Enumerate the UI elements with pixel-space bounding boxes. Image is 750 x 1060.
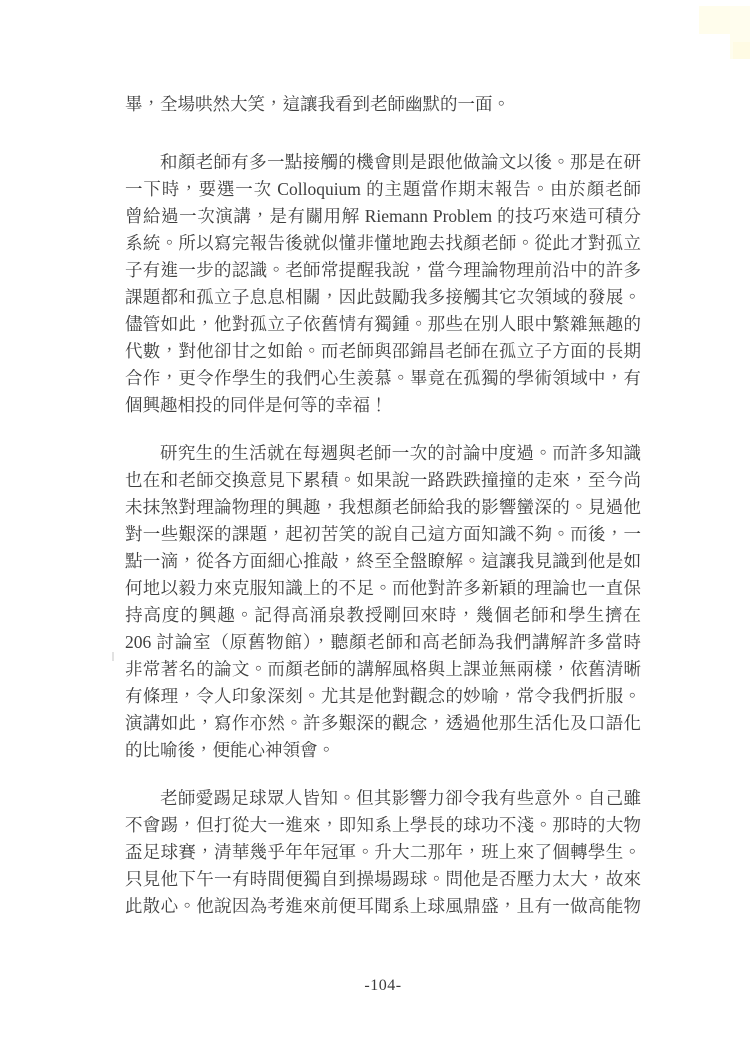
text-line: 只見他下午一有時間便獨自到操場踢球。問他是否壓力太大，故來	[125, 866, 641, 893]
document-body: 畢，全場哄然大笑，這讓我看到老師幽默的一面。和顏老師有多一點接觸的機會則是跟他做…	[125, 91, 641, 920]
document-page: 畢，全場哄然大笑，這讓我看到老師幽默的一面。和顏老師有多一點接觸的機會則是跟他做…	[0, 0, 750, 1060]
text-line: 畢，全場哄然大笑，這讓我看到老師幽默的一面。	[125, 91, 641, 118]
text-line: 何地以毅力來克服知識上的不足。而他對許多新穎的理論也一直保	[125, 575, 641, 602]
page-number: -104-	[125, 977, 641, 995]
paragraph: 和顏老師有多一點接觸的機會則是跟他做論文以後。那是在研一下時，要選一次 Coll…	[125, 149, 641, 419]
paragraph: 老師愛踢足球眾人皆知。但其影響力卻令我有些意外。自己雖不會踢，但打從大一進來，即…	[125, 785, 641, 920]
text-line: 合作，更令作學生的我們心生羨慕。畢竟在孤獨的學術領域中，有	[125, 365, 641, 392]
paragraph: 畢，全場哄然大笑，這讓我看到老師幽默的一面。	[125, 91, 641, 118]
text-line: 系統。所以寫完報告後就似懂非懂地跑去找顏老師。從此才對孤立	[125, 230, 641, 257]
text-line: 206 討論室（原舊物館），聽顏老師和高老師為我們講解許多當時	[125, 629, 641, 656]
scan-discoloration	[733, 42, 750, 59]
text-line: 不會踢，但打從大一進來，即知系上學長的球功不淺。那時的大物	[125, 812, 641, 839]
text-line: 一下時，要選一次 Colloquium 的主題當作期末報告。由於顏老師	[125, 176, 641, 203]
scan-speck	[112, 652, 114, 661]
text-line: 持高度的興趣。記得高涌泉教授剛回來時，幾個老師和學生擠在	[125, 602, 641, 629]
text-line: 子有進一步的認識。老師常提醒我說，當今理論物理前沿中的許多	[125, 257, 641, 284]
scan-discoloration	[730, 6, 750, 59]
text-line: 老師愛踢足球眾人皆知。但其影響力卻令我有些意外。自己雖	[125, 785, 641, 812]
text-line: 的比喻後，便能心神領會。	[125, 737, 641, 764]
text-line: 代數，對他卻甘之如飴。而老師與邵錦昌老師在孤立子方面的長期	[125, 338, 641, 365]
text-line: 也在和老師交換意見下累積。如果說一路跌跌撞撞的走來，至今尚	[125, 467, 641, 494]
text-line: 盃足球賽，清華幾乎年年冠軍。升大二那年，班上來了個轉學生。	[125, 839, 641, 866]
text-line: 此散心。他說因為考進來前便耳聞系上球風鼎盛，且有一做高能物	[125, 893, 641, 920]
text-line: 和顏老師有多一點接觸的機會則是跟他做論文以後。那是在研	[125, 149, 641, 176]
text-line: 非常著名的論文。而顏老師的講解風格與上課並無兩樣，依舊清晰	[125, 656, 641, 683]
text-line: 曾給過一次演講，是有關用解 Riemann Problem 的技巧來造可積分	[125, 203, 641, 230]
text-line: 有條理，令人印象深刻。尤其是他對觀念的妙喻，常令我們折服。	[125, 683, 641, 710]
text-line: 個興趣相投的同伴是何等的幸福！	[125, 392, 641, 419]
paragraph: 研究生的生活就在每週與老師一次的討論中度過。而許多知識也在和老師交換意見下累積。…	[125, 440, 641, 764]
scan-discoloration	[699, 6, 745, 34]
text-line: 儘管如此，他對孤立子依舊情有獨鍾。那些在別人眼中繁雜無趣的	[125, 311, 641, 338]
text-line: 研究生的生活就在每週與老師一次的討論中度過。而許多知識	[125, 440, 641, 467]
text-line: 點一滴，從各方面細心推敲，終至全盤瞭解。這讓我見識到他是如	[125, 548, 641, 575]
text-line: 對一些艱深的課題，起初苦笑的說自己這方面知識不夠。而後，一	[125, 521, 641, 548]
text-line: 演講如此，寫作亦然。許多艱深的觀念，透過他那生活化及口語化	[125, 710, 641, 737]
text-line: 未抹煞對理論物理的興趣，我想顏老師給我的影響蠻深的。見過他	[125, 494, 641, 521]
text-line: 課題都和孤立子息息相關，因此鼓勵我多接觸其它次領域的發展。	[125, 284, 641, 311]
